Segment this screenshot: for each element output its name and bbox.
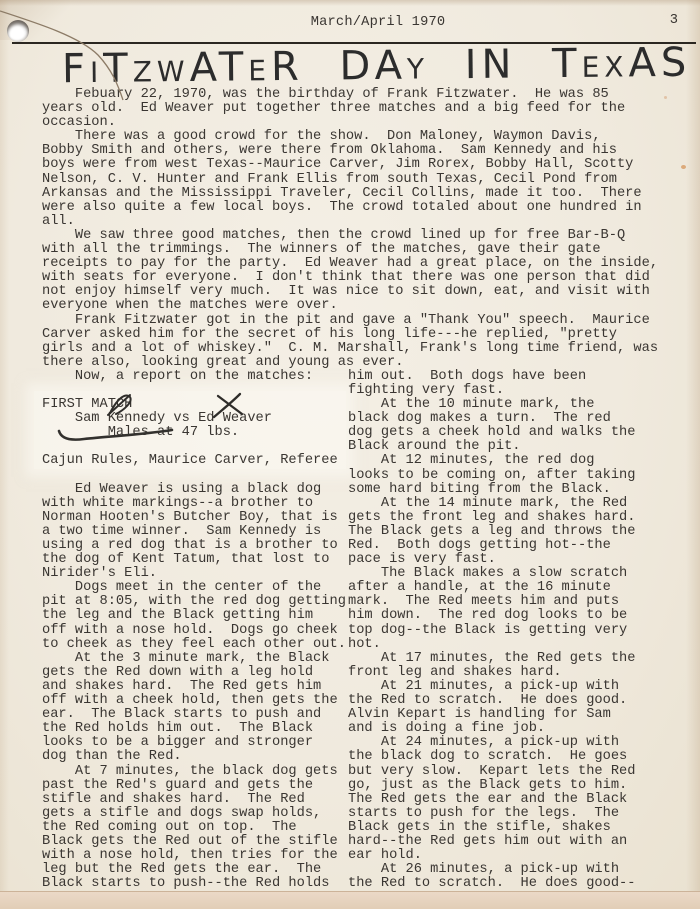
scanned-newsletter-page: March/April 1970 3 FiTzwATeR DAy IN TexA… [0,0,700,909]
header-issue-date: March/April 1970 [0,15,700,30]
match-report-left-column: Now, a report on the matches: FIRST MATC… [0,370,348,891]
article-body: Febuary 22, 1970, was the birthday of Fr… [0,88,700,891]
handwritten-title: FiTzwATeR DAy IN TexAS [62,41,692,92]
intro-paragraphs: Febuary 22, 1970, was the birthday of Fr… [0,88,700,370]
hole-punch [7,20,29,42]
paper-top-edge-shade [0,0,700,6]
match-report-right-column: him out. Both dogs have been fighting ve… [348,370,635,891]
header-page-number: 3 [670,13,678,28]
paper-bottom-edge [0,891,700,909]
match-report-columns: Now, a report on the matches: FIRST MATC… [0,370,700,891]
